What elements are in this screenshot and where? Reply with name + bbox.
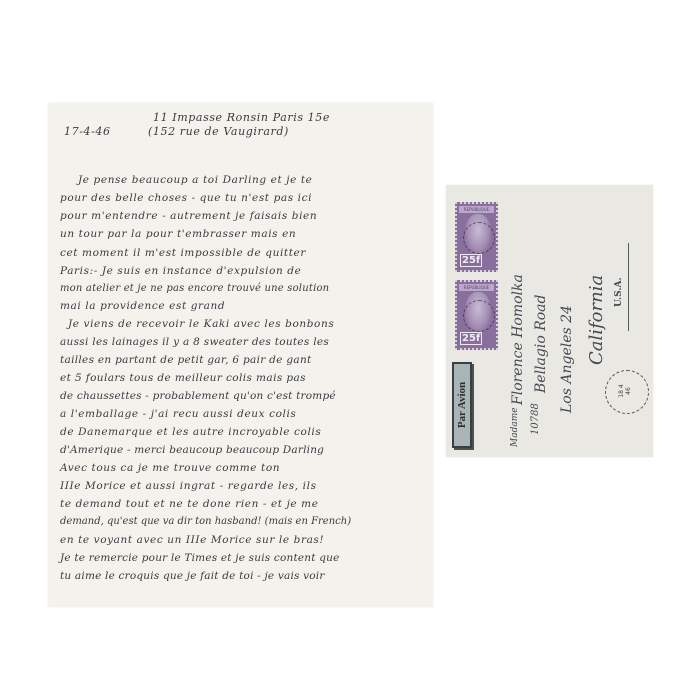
letter-line: de Danemarque et les autre incroyable co… (60, 426, 321, 438)
stamp-country: REPUBLIQUE FRANCAISE (459, 284, 494, 291)
letter-line: de chaussettes - probablement qu'on c'es… (60, 390, 336, 402)
address-state: California (586, 275, 607, 365)
letter-line: pour m'entendre - autrement je faisais b… (60, 210, 317, 222)
address-street-number: 10788 (530, 403, 541, 435)
postmark-stamp: 18 4 46 (605, 370, 649, 414)
letter-line: Je pense beaucoup a toi Darling et je te (78, 174, 312, 186)
letter-line: et 5 foulars tous de meilleur colis mais… (60, 372, 306, 384)
stamp-value: 25f (460, 254, 482, 267)
address-country: U.S.A. (614, 277, 624, 307)
letter-line: a l'emballage - j'ai recu aussi deux col… (60, 408, 296, 420)
postage-stamp: REPUBLIQUE FRANCAISE 25f (455, 202, 498, 272)
handwritten-letter: 11 Impasse Ronsin Paris 15e (152 rue de … (48, 103, 433, 607)
letter-address-line1: 11 Impasse Ronsin Paris 15e (153, 111, 330, 124)
letter-line: Je viens de recevoir le Kaki avec les bo… (68, 318, 334, 330)
address-city: Los Angeles 24 (559, 305, 575, 413)
letter-line: aussi les lainages il y a 8 sweater des … (60, 336, 329, 348)
letter-line: mon atelier et je ne pas encore trouvé u… (60, 283, 329, 294)
postmark-date: 18 4 46 (618, 381, 634, 401)
letter-date: 17-4-46 (64, 125, 111, 138)
airmail-envelope: REPUBLIQUE FRANCAISE 25f REPUBLIQUE FRAN… (446, 185, 653, 457)
letter-line: tu aime le croquis que je fait de toi - … (60, 570, 325, 582)
letter-line: d'Amerique - merci beaucoup beaucoup Dar… (60, 444, 324, 456)
letter-line: demand, qu'est que va dir ton hasband! (… (60, 516, 351, 527)
letter-line: mai la providence est grand (60, 300, 225, 312)
letter-line: te demand tout et ne te done rien - et j… (60, 498, 319, 510)
letter-line: tailles en partant de petit gar, 6 pair … (60, 354, 312, 366)
postage-stamp: REPUBLIQUE FRANCAISE 25f (455, 280, 498, 350)
address-name: Florence Homolka (510, 274, 526, 405)
letter-line: cet moment il m'est impossible de quitte… (60, 247, 306, 259)
address-salutation: Madame (510, 407, 520, 447)
cancellation-mark (463, 222, 495, 254)
letter-address-line2: (152 rue de Vaugirard) (148, 125, 289, 138)
address-underline (628, 243, 629, 331)
letter-line: Avec tous ca je me trouve comme ton (60, 462, 280, 474)
cancellation-mark (463, 300, 495, 332)
letter-line: IIIe Morice et aussi ingrat - regarde le… (60, 480, 317, 492)
letter-line: en te voyant avec un IIIe Morice sur le … (60, 534, 324, 546)
stamp-country: REPUBLIQUE FRANCAISE (459, 206, 494, 213)
letter-line: un tour par la pour t'embrasser mais en (60, 228, 296, 240)
stamp-value: 25f (460, 332, 482, 345)
letter-line: pour des belle choses - que tu n'est pas… (60, 192, 312, 204)
par-avion-text: Par Avion (456, 382, 468, 428)
letter-line: Paris:- Je suis en instance d'expulsion … (60, 265, 301, 277)
par-avion-label: Par Avion (452, 362, 472, 448)
address-street: Bellagio Road (533, 295, 549, 393)
letter-line: Je te remercie pour le Times et je suis … (60, 552, 340, 564)
